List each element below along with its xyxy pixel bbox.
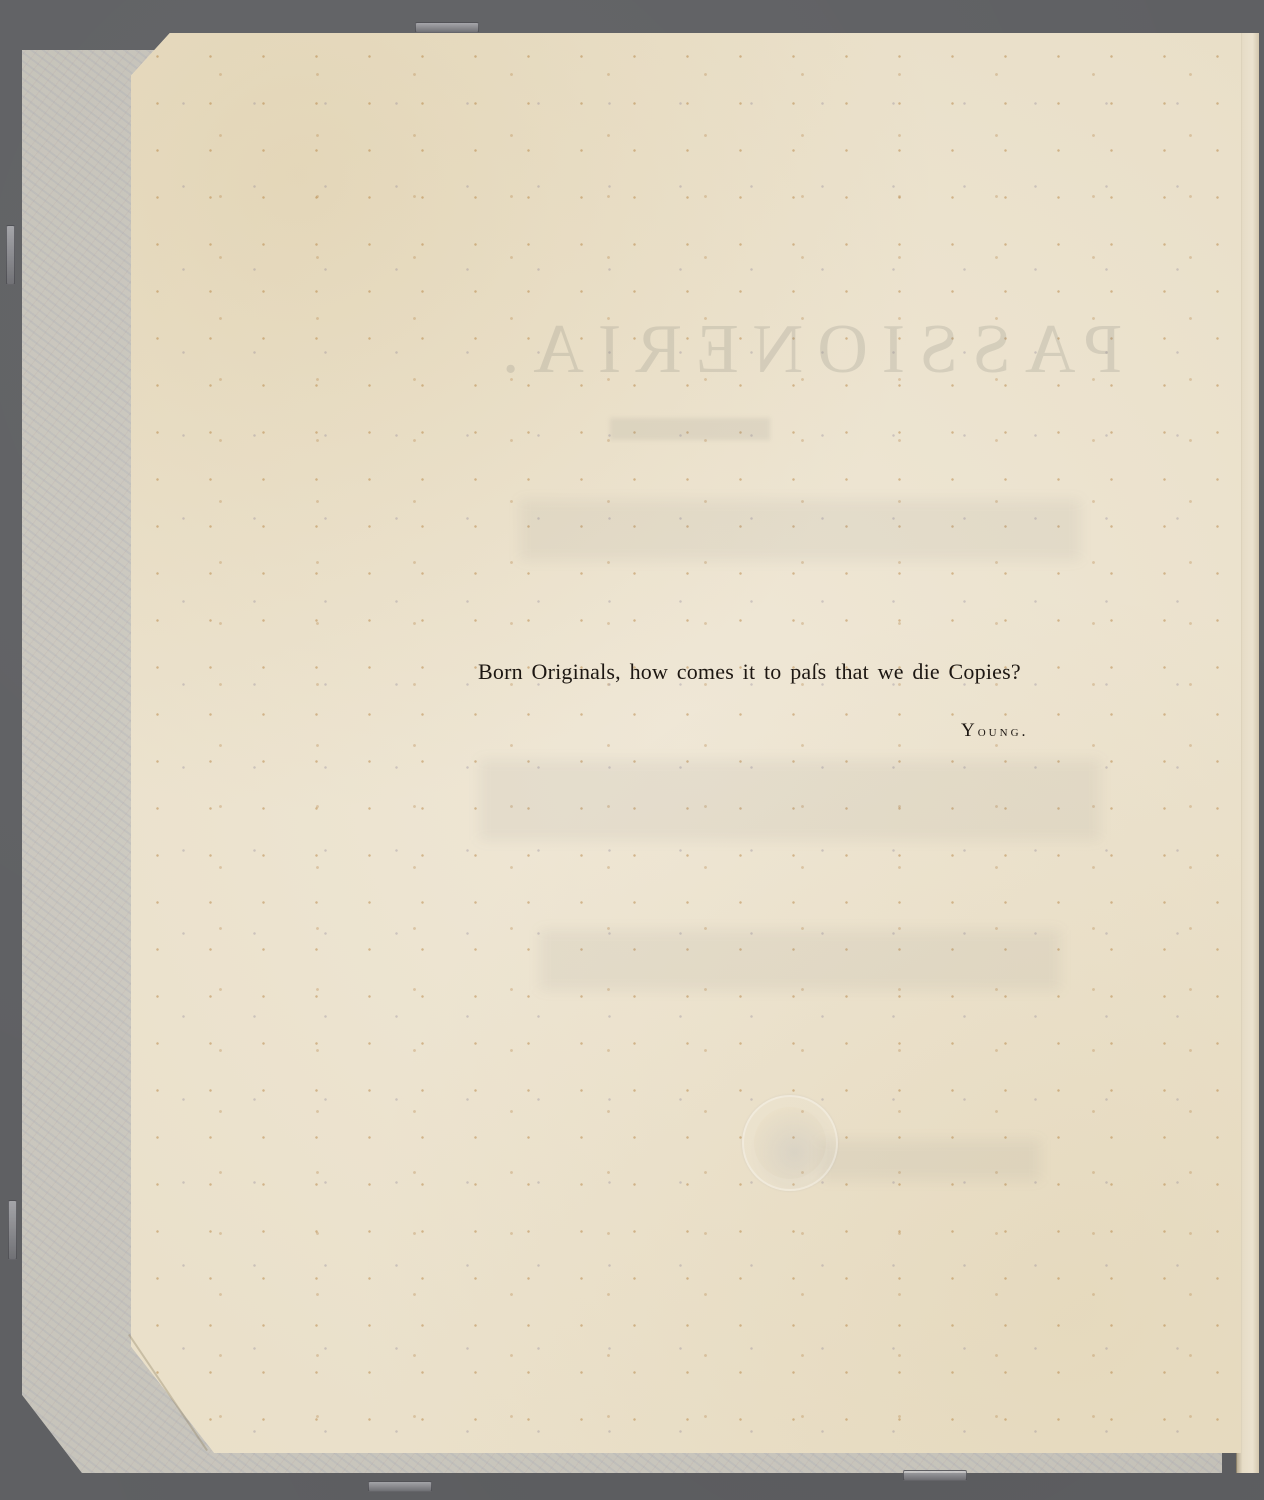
mounting-clip-top [415,22,479,33]
mounting-clip-bottom-left [368,1481,432,1492]
embossed-stamp-icon [742,1095,838,1191]
book-page [131,33,1241,1453]
show-through-subtitle [610,418,770,440]
show-through-text-block [520,500,1080,560]
epigraph-quote: Born Originals, how comes it to paſs tha… [478,659,1021,685]
epigraph-attribution: Young. [961,720,1029,742]
document-scan: PASSIONERIA. Born Originals, how comes i… [0,0,1264,1500]
show-through-text-block [480,760,1100,840]
mounting-clip-bottom-right [903,1470,967,1481]
show-through-title: PASSIONERIA. [455,310,1155,390]
paper-texture [131,33,1241,1453]
show-through-imprint [820,1140,1040,1180]
mounting-clip-left-upper [6,225,15,285]
mounting-clip-left-lower [8,1200,17,1260]
show-through-text-block [540,930,1060,990]
